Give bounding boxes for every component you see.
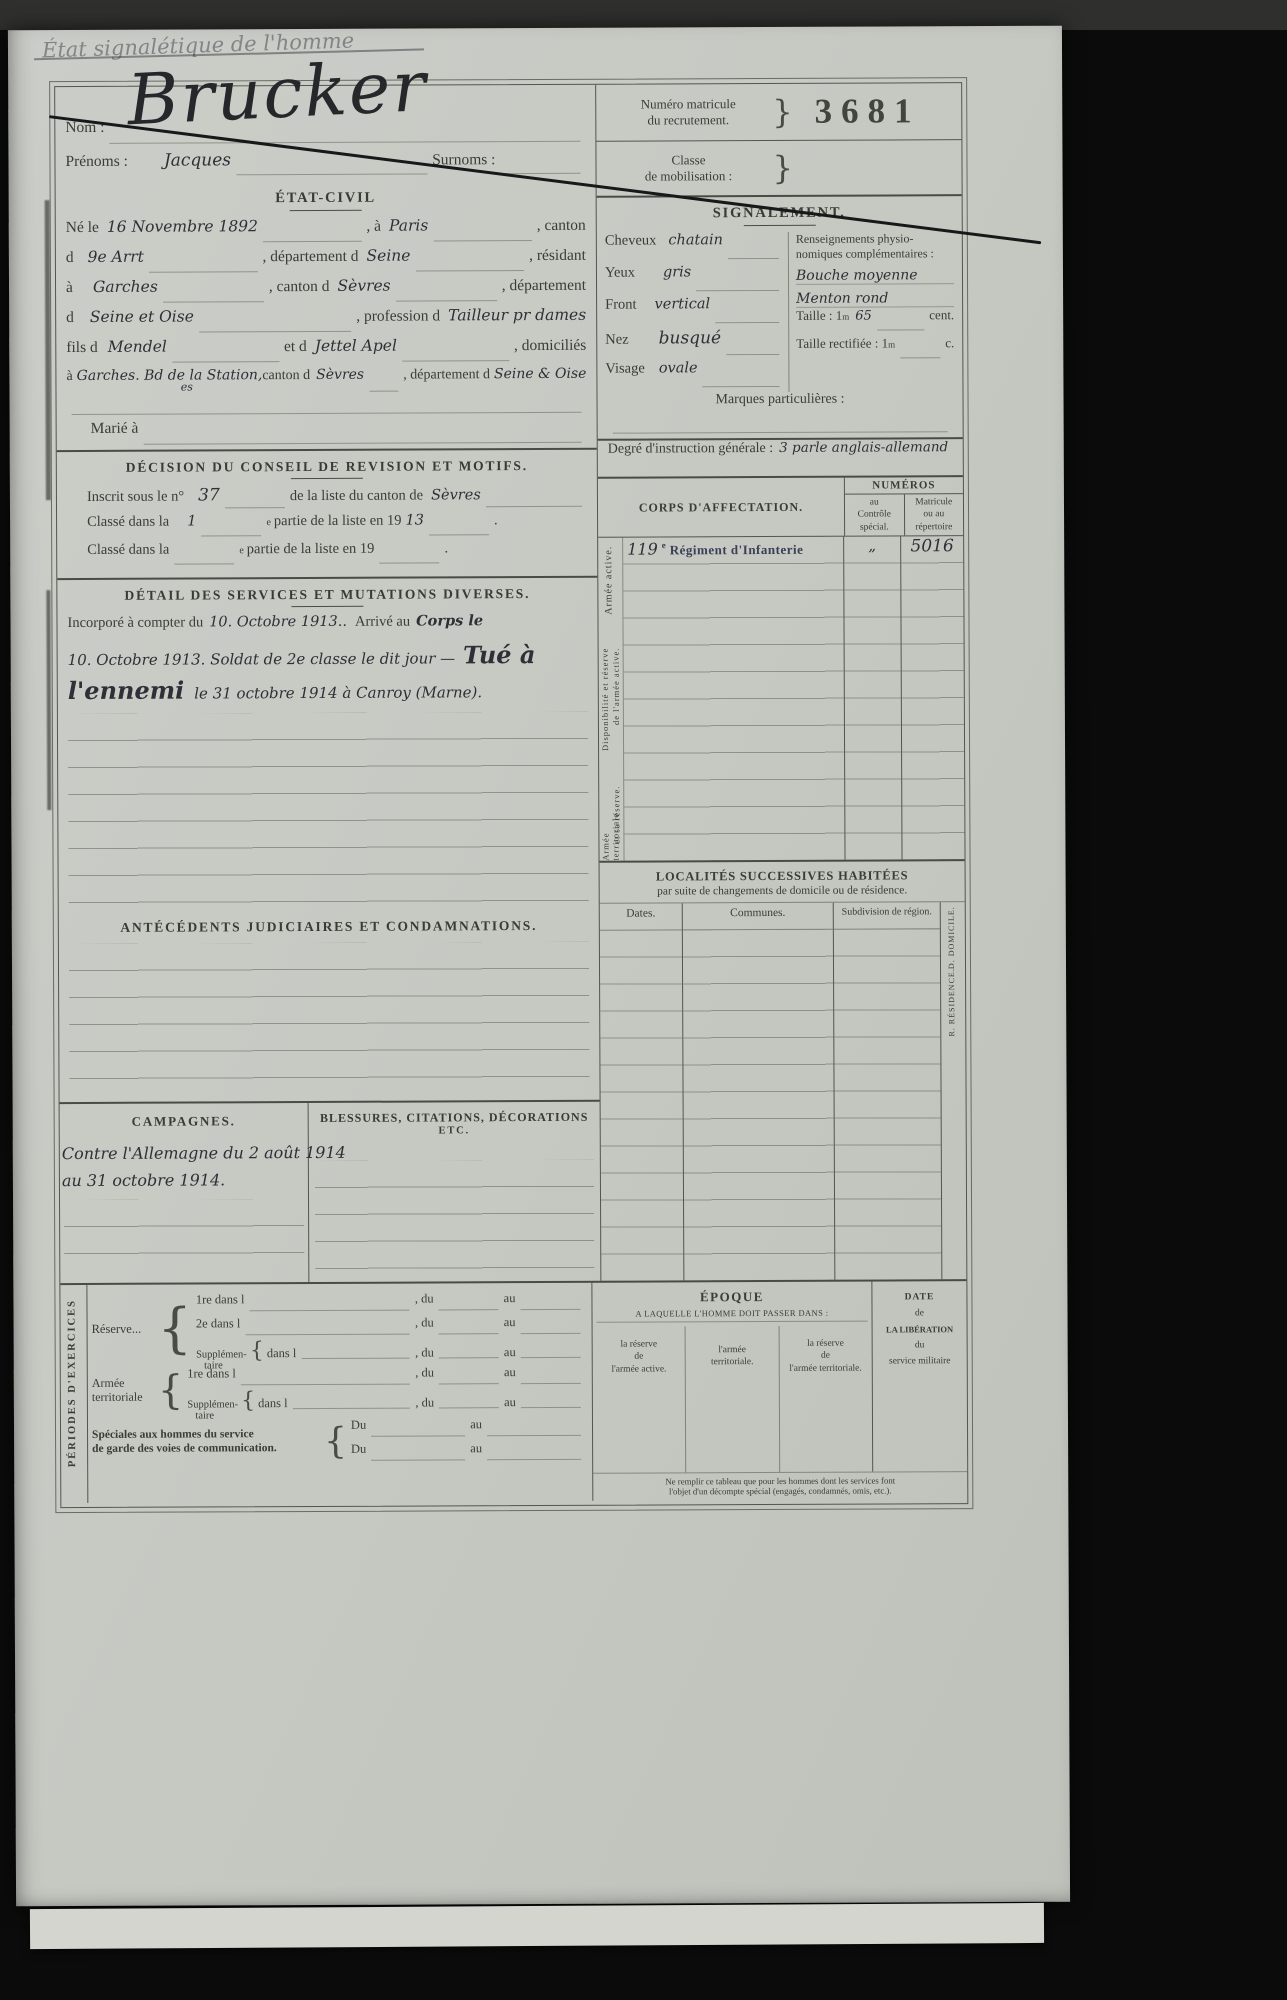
rule-fill — [301, 1358, 410, 1359]
binding-mark — [46, 590, 51, 810]
identity-header: Brucker Nom : Prénoms : Jacques Surnoms … — [55, 85, 595, 183]
rule-fill — [521, 1383, 581, 1384]
death-date-place: le 31 octobre 1914 à Canroy (Marne). — [194, 683, 482, 702]
numeros-header: NUMÉROS au Contrôle spécial. Matricule o… — [844, 477, 963, 536]
rule-fill — [429, 534, 489, 535]
services-line-3: l'ennemi le 31 octobre 1914 à Canroy (Ma… — [58, 674, 598, 710]
campagnes-title: CAMPAGNES. — [60, 1113, 308, 1130]
instruction-line: Degré d'instruction générale : 3 parle a… — [598, 439, 963, 477]
reserve-line-2: 2e dans l , du au — [196, 1315, 586, 1341]
et-d-label: et d — [284, 338, 307, 356]
ennemi: l'ennemi — [68, 676, 185, 706]
cheveux-value: chatain — [668, 232, 723, 248]
profession-label: , profession d — [356, 307, 440, 325]
col-line: l'armée active. — [593, 1363, 685, 1376]
taille-line: Taille : 1m 65 cent. — [796, 307, 954, 336]
rule-fill — [415, 270, 524, 271]
speciales-du-line-2: Du au — [351, 1441, 586, 1466]
sup-m: m — [842, 312, 849, 322]
taille-rectifiee-label: Taille rectifiée : 1 — [796, 335, 888, 351]
epoque-area: ÉPOQUE A LAQUELLE L'HOMME DOIT PASSER DA… — [591, 1281, 967, 1501]
du-label: Du — [351, 1442, 366, 1457]
epoque-columns: la réserve de l'armée active. l'armée te… — [593, 1326, 873, 1473]
regiment-stamp: Régiment d'Infanterie — [670, 542, 804, 558]
supplementaire-2: taire — [195, 1410, 214, 1421]
ne-le-label: Né le — [66, 219, 99, 237]
corps-affectation-table: CORPS D'AFFECTATION. NUMÉROS au Contrôle… — [598, 477, 965, 861]
dans-l-label: dans l — [258, 1396, 288, 1411]
campagne-entry-1: Contre l'Allemagne du 2 août 1914 — [62, 1143, 308, 1163]
du-label: , du — [415, 1395, 434, 1410]
rule-fill — [143, 442, 581, 445]
matricule-entries-column: 5016 — [900, 536, 964, 859]
cheveux-label: Cheveux — [605, 232, 657, 249]
classe-line-2: Classé dans la e partie de la liste en 1… — [57, 540, 597, 570]
epoque-col-reserve-active: la réserve de l'armée active. — [593, 1326, 686, 1472]
renseignements-label-1: Renseignements physio- — [796, 231, 954, 247]
rule-fill — [199, 331, 351, 333]
residant-suffix: , résidant — [529, 247, 586, 265]
classe-part-value: 1 — [187, 513, 196, 529]
rule-fill — [728, 258, 779, 259]
dates-column: Dates. — [600, 903, 685, 1280]
blank-ruled-area — [683, 930, 835, 1281]
dates-header: Dates. — [600, 903, 682, 930]
controle-ditto: „ — [868, 537, 876, 555]
deuxieme-dans-label: 2e dans l — [196, 1316, 241, 1331]
title-underline — [291, 478, 363, 479]
matricule-cell: Numéro matricule du recrutement. } 3681 — [596, 83, 961, 142]
supplementaire-1: Supplémen- — [187, 1399, 238, 1410]
territoriale-line-1: 1re dans l , du au — [187, 1365, 586, 1391]
home-departement: Seine & Oise — [494, 366, 587, 382]
col-line: la réserve — [779, 1338, 871, 1351]
au-label: au — [470, 1417, 482, 1432]
photo-backdrop: { "colors":{"paper":"#c8cac4","print_ink… — [0, 0, 1287, 2000]
fils-label: fils d — [66, 339, 98, 357]
blessures-cell: BLESSURES, CITATIONS, DÉCORATIONS ETC. — [309, 1102, 601, 1282]
du-label: du — [873, 1339, 967, 1352]
rule-fill — [439, 1309, 499, 1310]
rule-fill — [225, 507, 285, 508]
blank-ruled-area — [834, 929, 942, 1279]
du-label: , du — [415, 1345, 434, 1360]
birth-city: Paris — [389, 216, 428, 234]
campagne-entry-2: au 31 octobre 1914. — [62, 1170, 308, 1190]
au-label: au — [504, 1345, 516, 1360]
signalement-traits: Cheveux chatain Yeux gris Front vertical — [605, 232, 789, 393]
etat-civil-line-1: Né le 16 Novembre 1892 , à Paris , canto… — [56, 216, 596, 248]
cent-label: cent. — [929, 307, 954, 323]
matricule-line-1: Matricule — [904, 496, 963, 509]
rule-fill — [487, 1435, 581, 1436]
liberation-label: LA LIBÉRATION — [873, 1324, 967, 1335]
yeux-line: Yeux gris — [605, 264, 784, 297]
etat-civil-title: ÉTAT-CIVIL — [56, 189, 596, 208]
speciales-lines: Du au Du au — [351, 1417, 586, 1466]
inscrit-line: Inscrit sous le n° 37 de la liste du can… — [57, 484, 597, 514]
classe-suffix: partie de la liste en 19 — [274, 513, 402, 531]
communes-column: Communes. — [683, 903, 836, 1281]
home-canton: Sèvres — [316, 367, 364, 383]
bouche-value: Bouche moyenne — [796, 267, 954, 285]
epoque-subtitle: A LAQUELLE L'HOMME DOIT PASSER DANS : — [596, 1308, 867, 1323]
canton-label: canton d — [262, 368, 310, 384]
rule-fill — [521, 1357, 581, 1358]
father-name: Mendel — [108, 338, 167, 356]
domicilies-suffix: , domiciliés — [514, 337, 586, 355]
footnote-line-2: l'objet d'un décompte spécial (engagés, … — [599, 1485, 961, 1497]
etat-civil-line-6: à Garches. Bd de la Station, es canton d… — [56, 366, 596, 398]
nez-value: busqué — [659, 328, 722, 348]
marques-line: Marques particulières : — [597, 391, 962, 419]
numeros-title: NUMÉROS — [845, 477, 963, 495]
rule-fill — [613, 431, 948, 433]
rule-fill — [726, 354, 779, 355]
rule-fill — [149, 271, 258, 272]
a-label: à — [66, 279, 73, 297]
rule-fill — [439, 1333, 499, 1334]
tue-a: Tué à — [463, 640, 535, 669]
brace: } — [772, 152, 792, 184]
rule-fill — [371, 1459, 465, 1460]
regiment-row: 119 e Régiment d'Infanterie — [627, 539, 803, 560]
regiment-number: 119 — [627, 540, 658, 559]
rule-fill — [396, 300, 497, 301]
birth-date: 16 Novembre 1892 — [107, 217, 258, 236]
date-liberation-column: DATE de LA LIBÉRATION du service militai… — [871, 1281, 967, 1471]
front-label: Front — [605, 297, 636, 314]
etat-civil-line-5: fils d Mendel et d Jettel Apel , domicil… — [56, 336, 596, 368]
epoque-col-reserve-territoriale: la réserve de l'armée territoriale. — [778, 1326, 872, 1472]
corps-entries-column: 119 e Régiment d'Infanterie — [623, 537, 844, 861]
rule-fill — [371, 1435, 465, 1436]
matricule-line-3: répertoire — [905, 521, 964, 534]
title-underline — [291, 606, 363, 607]
mother-name: Jettel Apel — [315, 337, 397, 355]
title-underline — [743, 225, 815, 226]
territoriale-label: territoriale — [92, 1391, 158, 1405]
rule-fill — [263, 241, 361, 242]
de-label: de — [872, 1307, 966, 1320]
matricule-line-2: ou au — [905, 508, 964, 521]
arrive-label: Arrivé au — [355, 614, 410, 631]
classe-mobilisation-cell: Classe de mobilisation : } — [596, 140, 961, 198]
name-handwritten: Brucker — [125, 45, 429, 141]
rule-fill — [236, 173, 427, 175]
taille-rectifiee-line: Taille rectifiée : 1m c. — [796, 335, 954, 364]
blank-rule — [598, 417, 963, 439]
arrondissement: 9e Arrt — [88, 248, 144, 266]
visage-value: ovale — [659, 360, 698, 376]
a-label: , à — [366, 218, 381, 236]
blank-ruled-area — [315, 1160, 595, 1278]
rule-fill — [369, 391, 398, 392]
periodes-side-label: PÉRIODES D'EXERCICES — [66, 1299, 78, 1467]
title-underline — [290, 210, 362, 211]
subdivision-column: Subdivision de région. — [834, 902, 942, 1279]
corps-title: CORPS D'AFFECTATION. — [598, 478, 844, 537]
date-label: DATE — [872, 1291, 966, 1304]
services-line-1: Incorporé à compter du 10. Octobre 1913.… — [57, 612, 597, 642]
renseignements-label-2: nomiques complémentaires : — [796, 246, 954, 262]
speciales-line-2: de garde des voies de communication. — [92, 1442, 324, 1457]
address-correction: es — [181, 381, 193, 394]
controle-entries-column: „ — [843, 536, 901, 859]
canton-label: , canton d — [269, 278, 330, 296]
corps-table-body: Armée active. Disponibilité et réserve d… — [598, 536, 964, 861]
antecedents-title: ANTÉCÉDENTS JUDICIAIRES ET CONDAMNATIONS… — [59, 918, 599, 936]
marques-label: Marques particulières : — [715, 392, 844, 409]
residence-city: Garches — [93, 278, 158, 296]
reserve-line-supplementaire: Supplémen-taire { dans l , du au — [196, 1339, 586, 1365]
classe-label-1: Classe — [604, 152, 772, 169]
brace: { — [241, 1390, 255, 1412]
epoque-footnote: Ne remplir ce tableau que pour les homme… — [593, 1471, 967, 1501]
rule-fill — [696, 290, 779, 291]
epoque-main: ÉPOQUE A LAQUELLE L'HOMME DOIT PASSER DA… — [592, 1282, 872, 1473]
territoriale-line-supplementaire: Supplémen-taire { dans l , du au — [187, 1389, 586, 1415]
sup-e: e — [662, 540, 666, 550]
rule-fill — [293, 1408, 411, 1410]
rule-fill — [439, 1407, 499, 1408]
rule-fill — [202, 535, 262, 536]
incorporation-date: 10. Octobre 1913.. — [209, 614, 347, 631]
disponibilite-label-1: Disponibilité et réserve — [600, 648, 610, 751]
supplementaire-label: Supplémen-taire — [187, 1400, 238, 1421]
cheveux-line: Cheveux chatain — [605, 232, 784, 265]
a-label: à — [66, 369, 72, 385]
visage-label: Visage — [605, 361, 644, 378]
sup-e: e — [266, 517, 271, 528]
matricule-col-header: Matricule ou au répertoire — [903, 494, 963, 535]
section-divider — [57, 576, 597, 580]
etat-civil-line-2: d 9e Arrt , département d Seine , résida… — [56, 246, 596, 278]
service-militaire-label: service militaire — [873, 1355, 967, 1368]
signalement-body: Cheveux chatain Yeux gris Front vertical — [597, 231, 963, 393]
blessures-title-etc: ETC. — [309, 1125, 600, 1137]
du-label: , du — [415, 1291, 434, 1306]
prenoms-value: Jacques — [164, 150, 231, 170]
campagnes-cell: CAMPAGNES. Contre l'Allemagne du 2 août … — [60, 1103, 310, 1283]
home-address: Garches. Bd de la Station, es — [77, 367, 263, 384]
departement-label: , département d — [262, 248, 358, 266]
rule-fill — [174, 563, 234, 564]
numeros-subcols: au Contrôle spécial. Matricule ou au rép… — [845, 494, 963, 536]
d-label: d — [66, 309, 74, 327]
controle-line-3: spécial. — [845, 521, 904, 534]
blank-rule — [57, 396, 597, 420]
unit-matricule-number: 5016 — [910, 536, 953, 556]
liste-canton-label: de la liste du canton de — [290, 488, 423, 506]
yeux-value: gris — [663, 264, 691, 280]
classe-suffix: partie de la liste en 19 — [247, 541, 375, 559]
decision-title: DÉCISION DU CONSEIL DE REVISION ET MOTIF… — [57, 458, 597, 476]
inscrit-number: 37 — [198, 485, 220, 505]
periodes-left-area: Réserve... { 1re dans l , du au 2e dans … — [87, 1283, 592, 1503]
rule-fill — [487, 1459, 581, 1460]
localites-section: LOCALITÉS SUCCESSIVES HABITÉES par suite… — [600, 859, 967, 1281]
instruction-label: Degré d'instruction générale : — [608, 441, 773, 458]
classe-label-2: de mobilisation : — [605, 168, 773, 185]
communes-header: Communes. — [683, 903, 833, 931]
binding-mark — [45, 200, 51, 500]
territoriale-label-2: et sa réserve. — [611, 786, 621, 844]
corps-side-labels: Armée active. Disponibilité et réserve d… — [598, 538, 624, 861]
premiere-dans-label: 1re dans l — [187, 1366, 236, 1381]
departement-suffix: , département — [502, 277, 586, 295]
document-page: État signalétique de l'homme Brucker Nom… — [8, 26, 1070, 1907]
rule-fill — [703, 386, 780, 387]
du-label: Du — [351, 1418, 366, 1433]
matricule-label: Numéro matricule du recrutement. — [604, 96, 772, 129]
reserve-label: Réserve... — [92, 1321, 158, 1336]
period: . — [494, 512, 498, 529]
d-label: d — [66, 249, 74, 267]
reserve-group: Réserve... { 1re dans l , du au 2e dans … — [91, 1291, 585, 1365]
rule-fill — [439, 1383, 499, 1384]
rule-fill — [110, 141, 581, 144]
renseignements-label: Renseignements physio- nomiques compléme… — [796, 231, 954, 262]
reserve-lines: 1re dans l , du au 2e dans l , du au Sup… — [196, 1291, 586, 1365]
matricule-number: 3681 — [815, 91, 921, 131]
front-line: Front vertical — [605, 296, 784, 329]
rule-fill — [245, 1334, 410, 1336]
col-line: territoriale. — [686, 1356, 778, 1369]
profession-value: Tailleur pr dames — [448, 306, 586, 325]
rule-fill — [520, 1309, 580, 1310]
col-line: de — [593, 1351, 685, 1364]
du-label: , du — [415, 1315, 434, 1330]
disponibilite-label-2: de l'armée active. — [611, 648, 621, 725]
dans-l-label: dans l — [267, 1346, 297, 1361]
col-line: la réserve — [593, 1338, 685, 1351]
controle-line-1: au — [845, 496, 904, 509]
speciales-group: Spéciales aux hommes du service de garde… — [92, 1417, 586, 1467]
subdivision-header: Subdivision de région. — [834, 902, 940, 929]
rule-fill — [715, 322, 779, 323]
yeux-label: Yeux — [605, 265, 635, 282]
canton-suffix: , canton — [537, 217, 586, 235]
blank-ruled-area — [600, 930, 684, 1280]
rule-fill — [433, 240, 531, 241]
signalement-complements: Renseignements physio- nomiques compléme… — [788, 231, 955, 392]
rule-fill — [900, 357, 940, 358]
brace: } — [772, 96, 792, 128]
rule-fill — [877, 329, 925, 330]
taille-label: Taille : 1 — [796, 308, 842, 324]
residence-canton: Sèvres — [337, 277, 390, 295]
rule-fill — [379, 562, 439, 563]
rule-fill — [402, 360, 509, 361]
au-label: au — [504, 1395, 516, 1410]
period: . — [444, 540, 448, 557]
rule-fill — [439, 1357, 499, 1358]
domicile-label: D. DOMICILE. — [947, 906, 956, 969]
rule-fill — [521, 1333, 581, 1334]
controle-col-header: au Contrôle spécial. — [845, 494, 904, 535]
periodes-exercices-box: PÉRIODES D'EXERCICES Réserve... { 1re da… — [60, 1279, 967, 1503]
classe-year: 13 — [406, 512, 425, 528]
inscrit-label: Inscrit sous le n° — [87, 489, 184, 506]
speciales-label: Spéciales aux hommes du service de garde… — [92, 1428, 324, 1457]
rule-fill — [172, 361, 279, 362]
localites-subtitle: par suite de changements de domicile ou … — [600, 884, 965, 898]
nez-line: Nez busqué — [605, 328, 784, 361]
etat-civil-line-3: à Garches , canton d Sèvres , départemen… — [56, 276, 596, 308]
corps-table-header: CORPS D'AFFECTATION. NUMÉROS au Contrôle… — [598, 477, 963, 538]
classe-label: Classé dans la — [87, 514, 169, 531]
marie-label: Marié à — [91, 420, 139, 438]
du-label: , du — [415, 1365, 434, 1380]
reserve-line-1: 1re dans l , du au — [196, 1291, 586, 1317]
brace: { — [324, 1424, 347, 1460]
brace: { — [158, 1371, 184, 1411]
blank-ruled-area — [68, 712, 589, 910]
sup-m: m — [888, 339, 895, 349]
au-label: au — [470, 1441, 482, 1456]
speciales-line-1: Spéciales aux hommes du service — [92, 1428, 324, 1443]
territoriale-group: Armée territoriale { 1re dans l , du au … — [92, 1365, 586, 1415]
armee-active-label: Armée active. — [603, 546, 614, 615]
soldat-line: 10. Octobre 1913. Soldat de 2e classe le… — [68, 649, 456, 669]
localites-title: LOCALITÉS SUCCESSIVES HABITÉES — [600, 868, 965, 885]
corps-le: Corps le — [416, 612, 483, 629]
epoque-table: ÉPOQUE A LAQUELLE L'HOMME DOIT PASSER DA… — [592, 1281, 967, 1473]
c-label: c. — [945, 335, 954, 351]
epoque-title: ÉPOQUE — [592, 1289, 871, 1306]
menton-value: Menton rond — [796, 290, 954, 308]
right-column: Numéro matricule du recrutement. } 3681 … — [596, 83, 966, 1281]
residence-label: R. RÉSIDENCE. — [947, 968, 956, 1036]
premiere-dans-label: 1re dans l — [196, 1292, 245, 1307]
brace: { — [250, 1340, 264, 1362]
underlying-page-edge — [30, 1903, 1044, 1949]
departement-label: , département d — [403, 367, 490, 383]
matricule-label-1: Numéro matricule — [604, 96, 772, 113]
services-title: DÉTAIL DES SERVICES ET MUTATIONS DIVERSE… — [57, 586, 597, 604]
matricule-label-2: du recrutement. — [604, 112, 772, 129]
localites-table: Dates. Communes. Subdivision de région. — [600, 901, 967, 1281]
supplementaire-1: Supplémen- — [196, 1349, 247, 1360]
rule-fill — [163, 301, 264, 302]
au-label: au — [504, 1365, 516, 1380]
services-line-2: 10. Octobre 1913. Soldat de 2e classe le… — [58, 640, 598, 676]
sup-e: e — [239, 545, 244, 556]
rule-fill — [72, 412, 582, 415]
signalement-title: SIGNALEMENT. — [597, 204, 962, 223]
front-value: vertical — [655, 296, 711, 312]
rule-fill — [249, 1310, 409, 1312]
liste-canton-value: Sèvres — [431, 487, 481, 503]
col-line: l'armée — [686, 1344, 778, 1357]
brace: { — [157, 1302, 192, 1356]
classe-line-1: Classé dans la 1 e partie de la liste en… — [57, 512, 597, 542]
au-label: au — [504, 1291, 516, 1306]
periodes-side-strip: PÉRIODES D'EXERCICES — [60, 1285, 88, 1503]
classe-label: Classé dans la — [87, 542, 169, 559]
controle-line-2: Contrôle — [845, 509, 904, 522]
armee-territoriale-label: Armée territoriale — [92, 1377, 158, 1405]
photo-top-band — [0, 0, 1287, 30]
instruction-value: 3 parle anglais-allemand — [779, 439, 948, 456]
visage-line: Visage ovale — [605, 360, 784, 393]
birth-departement: Seine — [366, 247, 410, 265]
left-column: Brucker Nom : Prénoms : Jacques Surnoms … — [55, 85, 601, 1283]
rule-fill — [521, 1407, 581, 1408]
rule-fill — [241, 1384, 410, 1386]
rule-fill — [486, 506, 582, 507]
